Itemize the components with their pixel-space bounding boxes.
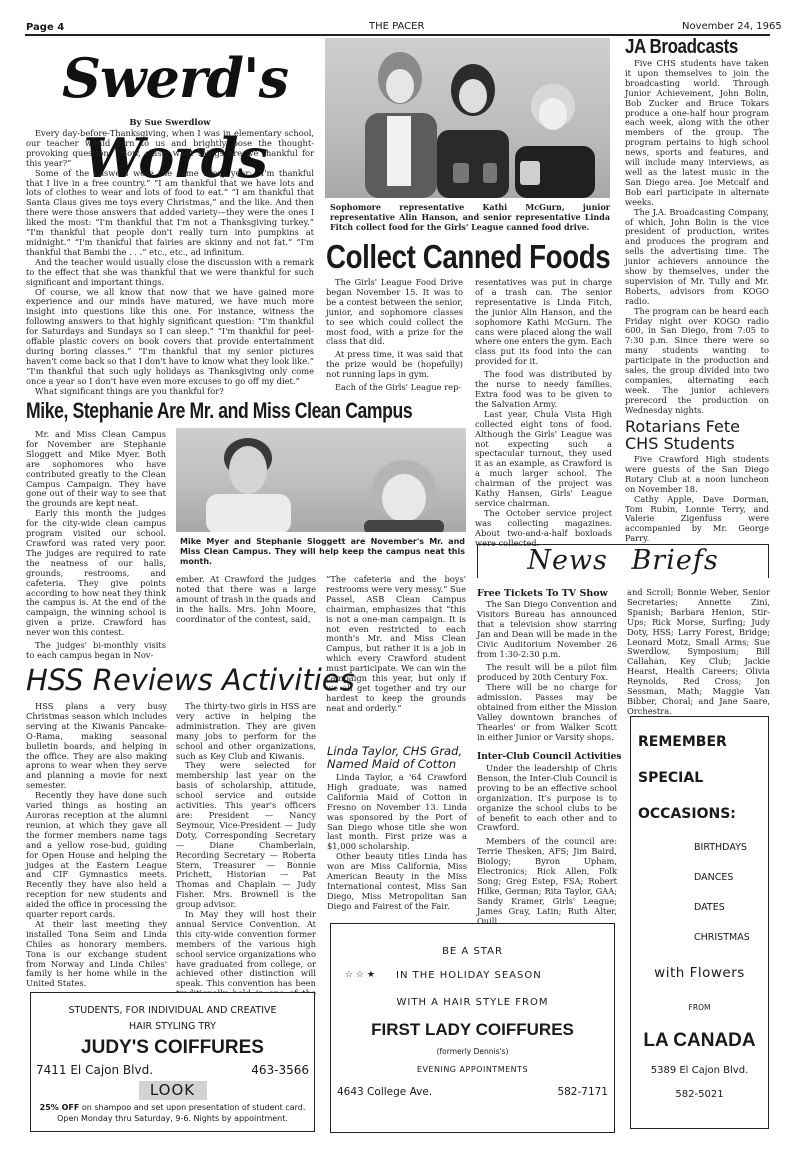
ad-evening: EVENING APPOINTMENTS	[331, 1065, 614, 1074]
ad-line: SPECIAL	[638, 770, 768, 786]
hss-col1: HSS plans a very busy Christmas season w…	[26, 702, 167, 989]
issue-date: November 24, 1965	[682, 21, 782, 32]
ad-line: IN THE HOLIDAY SEASON	[396, 970, 542, 981]
ja-broadcasts-headline: JA Broadcasts	[625, 36, 738, 59]
rotarians-body: Five Crawford High students were guests …	[625, 455, 769, 544]
paragraph: Linda Taylor, a '64 Crawford High gradua…	[327, 773, 467, 852]
inter-club-headline: Inter-Club Council Activities	[477, 752, 621, 762]
ad-phone: 582-7171	[557, 1086, 608, 1098]
clean-campus-headline: Mike, Stephanie Are Mr. and Miss Clean C…	[26, 398, 412, 424]
judys-coiffures-ad: STUDENTS, FOR INDIVIDUAL AND CREATIVE HA…	[30, 992, 315, 1132]
inter-club-continued: and Scroll; Bonnie Weber, Senior Secreta…	[627, 588, 770, 717]
hss-col2: The thirty-two girls in HSS are very act…	[176, 702, 316, 1009]
paragraph: resentatives was put in charge of a tras…	[475, 278, 612, 367]
hss-headline: HSS Reviews Activities	[26, 663, 355, 697]
paragraph: ember. At Crawford the judges noted that…	[176, 575, 316, 625]
paragraph: and Scroll; Bonnie Weber, Senior Secreta…	[627, 588, 770, 717]
paragraph: The judges' bi-monthly visits to each ca…	[26, 641, 166, 661]
ad-line: STUDENTS, FOR INDIVIDUAL AND CREATIVE	[31, 1005, 314, 1016]
ad-business-name: JUDY'S COIFFURES	[31, 1037, 314, 1059]
ad-line: BE A STAR	[331, 946, 614, 957]
paragraph: Of course, we all know that now that we …	[26, 288, 314, 387]
maid-of-cotton-body: Linda Taylor, a '64 Crawford High gradua…	[327, 773, 467, 912]
first-lady-coiffures-ad: BE A STAR ☆ ☆ ★ IN THE HOLIDAY SEASON WI…	[330, 923, 615, 1133]
swerds-words-title: Swerd's Words	[40, 38, 310, 118]
occasion-item: CHRISTMAS	[694, 932, 768, 943]
inter-club-body: Under the leadership of Chris Benson, th…	[477, 764, 617, 927]
clean-campus-photo	[176, 428, 466, 532]
ad-with-flowers: with Flowers	[631, 965, 768, 981]
ad-address: 5389 El Cajon Blvd.	[631, 1065, 768, 1076]
ad-business-name: LA CANADA	[631, 1030, 768, 1052]
star-icons: ☆ ☆ ★	[345, 970, 375, 980]
maid-of-cotton-headline: Linda Taylor, CHS Grad, Named Maid of Co…	[327, 745, 472, 771]
tv-show-body: The San Diego Convention and Visitors Bu…	[477, 600, 617, 743]
paragraph: HSS plans a very busy Christmas season w…	[26, 702, 167, 791]
la-canada-ad: REMEMBER SPECIAL OCCASIONS: BIRTHDAYS DA…	[630, 716, 769, 1129]
canned-food-photo	[325, 38, 610, 198]
paragraph: There will be no charge for admission. P…	[477, 683, 617, 742]
paragraph: They were selected for membership last y…	[176, 761, 316, 910]
ad-line: OCCASIONS:	[638, 806, 768, 822]
paragraph: The result will be a pilot film produced…	[477, 663, 617, 683]
ad-offer: on shampoo and set upon presentation of …	[79, 1103, 305, 1112]
paragraph: The San Diego Convention and Visitors Bu…	[477, 600, 617, 659]
paragraph: The thirty-two girls in HSS are very act…	[176, 702, 316, 761]
paragraph: At press time, it was said that the priz…	[326, 350, 463, 380]
paragraph: At their last meeting they installed Ton…	[26, 920, 167, 989]
ad-phone: 582-5021	[631, 1089, 768, 1100]
paragraph: The program can be heard each Friday nig…	[625, 307, 769, 416]
ad-address: 7411 El Cajon Blvd.	[36, 1063, 153, 1077]
ad-formerly: (formerly Dennis's)	[331, 1047, 614, 1056]
canned-foods-headline: Collect Canned Foods	[326, 238, 610, 276]
swerds-words-body: Every day-before-Thanksgiving, when I wa…	[26, 129, 314, 396]
canned-foods-col1: The Girls' League Food Drive began Novem…	[326, 278, 463, 393]
swerds-words-byline: By Sue Swerdlow	[26, 118, 314, 128]
paragraph: Cathy Apple, Dave Dorman, Tom Rubin, Lon…	[625, 495, 769, 545]
paragraph: The food was distributed by the nurse to…	[475, 370, 612, 410]
ad-phone: 463-3566	[251, 1063, 309, 1077]
paragraph: Some of the answers were the same every …	[26, 169, 314, 258]
ja-broadcasts-body: Five CHS students have taken it upon the…	[625, 59, 769, 416]
ad-business-name: FIRST LADY COIFFURES	[331, 1020, 614, 1040]
two-students-photo-icon	[176, 428, 466, 532]
ad-address: 4643 College Ave.	[337, 1086, 432, 1098]
paragraph: Members of the council are: Terrie Thesk…	[477, 837, 617, 926]
clean-campus-col1: Mr. and Miss Clean Campus for November a…	[26, 430, 166, 661]
paragraph: And the teacher would usually close the …	[26, 258, 314, 288]
paragraph: Mr. and Miss Clean Campus for November a…	[26, 430, 166, 509]
paragraph: Five Crawford High students were guests …	[625, 455, 769, 495]
occasion-item: BIRTHDAYS	[694, 842, 768, 853]
paragraph: Each of the Girls' League rep-	[326, 383, 463, 393]
paragraph: Under the leadership of Chris Benson, th…	[477, 764, 617, 833]
paragraph: Early this month the judges for the city…	[26, 509, 166, 638]
paragraph: The October service project was collecti…	[475, 509, 612, 549]
page-number: Page 4	[26, 22, 64, 33]
paragraph: Last year, Chula Vista High collected ei…	[475, 410, 612, 509]
clean-campus-col2: ember. At Crawford the judges noted that…	[176, 575, 316, 625]
paragraph: Recently they have done such varied thin…	[26, 791, 167, 920]
three-girls-photo-icon	[325, 38, 610, 198]
ad-line: WITH A HAIR STYLE FROM	[331, 997, 614, 1008]
paragraph: What significant things are you thankful…	[26, 387, 314, 397]
ad-line: REMEMBER	[638, 734, 768, 750]
tv-show-headline: Free Tickets To TV Show	[477, 588, 608, 599]
occasion-item: DANCES	[694, 872, 768, 883]
paragraph: The J.A. Broadcasting Company, of which,…	[625, 208, 769, 307]
paragraph: Every day-before-Thanksgiving, when I wa…	[26, 129, 314, 169]
ad-line: HAIR STYLING TRY	[31, 1021, 314, 1032]
canned-foods-col2: resentatives was put in charge of a tras…	[475, 278, 612, 548]
ad-from: FROM	[631, 1003, 768, 1012]
ad-hours: Open Monday thru Saturday, 9-6. Nights b…	[31, 1114, 314, 1123]
clean-campus-photo-caption: Mike Myer and Stephanie Sloggett are Nov…	[180, 537, 465, 567]
paper-name: THE PACER	[369, 21, 424, 32]
news-briefs-banner: News Briefs	[477, 545, 769, 576]
canned-food-photo-caption: Sophomore representative Kathi McGurn, j…	[330, 202, 610, 232]
ad-offer-bold: 25% OFF	[40, 1103, 80, 1112]
look-logo: LOOK	[139, 1081, 207, 1100]
paragraph: Five CHS students have taken it upon the…	[625, 59, 769, 208]
rotarians-headline: Rotarians Fete CHS Students	[625, 418, 765, 452]
occasion-item: DATES	[694, 902, 768, 913]
paragraph: The Girls' League Food Drive began Novem…	[326, 278, 463, 347]
paragraph: Other beauty titles Linda has won are Mi…	[327, 852, 467, 911]
